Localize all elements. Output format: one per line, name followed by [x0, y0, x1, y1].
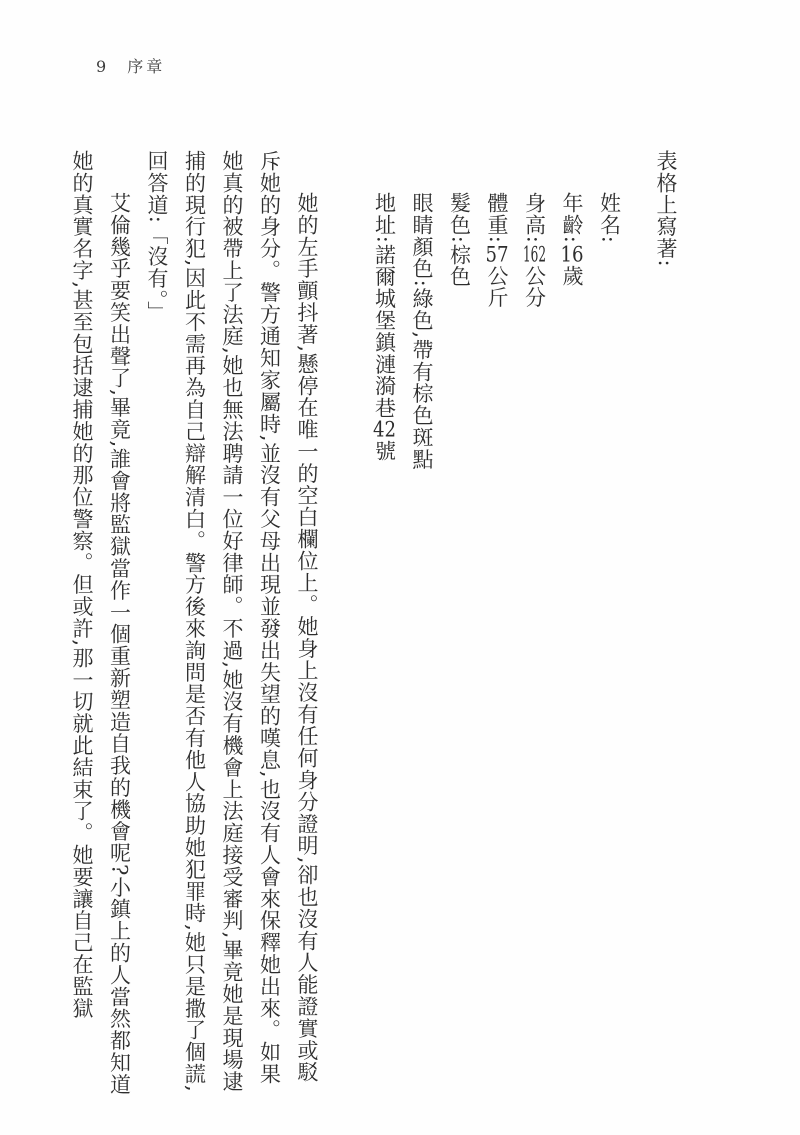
arrest-form-block: 姓名: 年齡:16歲 身高:162公分 體重:57公斤 髮色:棕色 眼睛顏色:綠… [365, 150, 628, 1098]
form-unit: 公分 [523, 265, 547, 309]
form-label: 體重: [485, 192, 509, 244]
form-line-eye-color: 眼睛顏色:綠色,帶有棕色斑點 [403, 150, 441, 1098]
form-unit: 號 [373, 440, 397, 462]
form-label: 年齡: [560, 192, 584, 244]
form-line-height: 身高:162公分 [515, 150, 553, 1098]
form-number: 57 [485, 244, 509, 265]
form-number: 16 [560, 244, 584, 265]
running-header: 9 序章 [96, 54, 165, 77]
form-line-age: 年齡:16歲 [553, 150, 591, 1098]
form-number: 42 [373, 419, 397, 440]
form-line-hair-color: 髮色:棕色 [440, 150, 478, 1098]
paragraph-1: 她的左手顫抖著,懸停在唯一的空白欄位上。她身上沒有任何身分證明,卻也沒有人能證實… [138, 150, 326, 1098]
chapter-title: 序章 [127, 57, 165, 76]
form-unit: 歲 [560, 265, 584, 287]
form-line-name: 姓名: [590, 150, 628, 1098]
main-text: 表格上寫著: 姓名: 年齡:16歲 身高:162公分 體重:57公斤 髮色:棕色… [63, 150, 685, 1098]
form-label: 髮色:棕色 [448, 192, 472, 288]
intro-line: 表格上寫著: [647, 150, 685, 1098]
form-label: 姓名: [598, 192, 622, 244]
form-label: 地址:諾爾城堡鎮漣漪巷 [373, 192, 397, 419]
form-unit: 公斤 [485, 265, 509, 309]
form-line-weight: 體重:57公斤 [478, 150, 516, 1098]
form-number: 162 [523, 244, 547, 265]
page-number: 9 [96, 57, 106, 76]
form-label: 身高: [523, 192, 547, 244]
paragraph-2: 艾倫幾乎要笑出聲了,畢竟,誰會將監獄當作一個重新塑造自我的機會呢?小鎮上的人當然… [63, 150, 138, 1098]
form-line-address: 地址:諾爾城堡鎮漣漪巷42號 [365, 150, 403, 1098]
form-label: 眼睛顏色:綠色,帶有棕色斑點 [410, 192, 434, 470]
book-page: 9 序章 表格上寫著: 姓名: 年齡:16歲 身高:162公分 體重:57公斤 … [0, 0, 800, 1135]
